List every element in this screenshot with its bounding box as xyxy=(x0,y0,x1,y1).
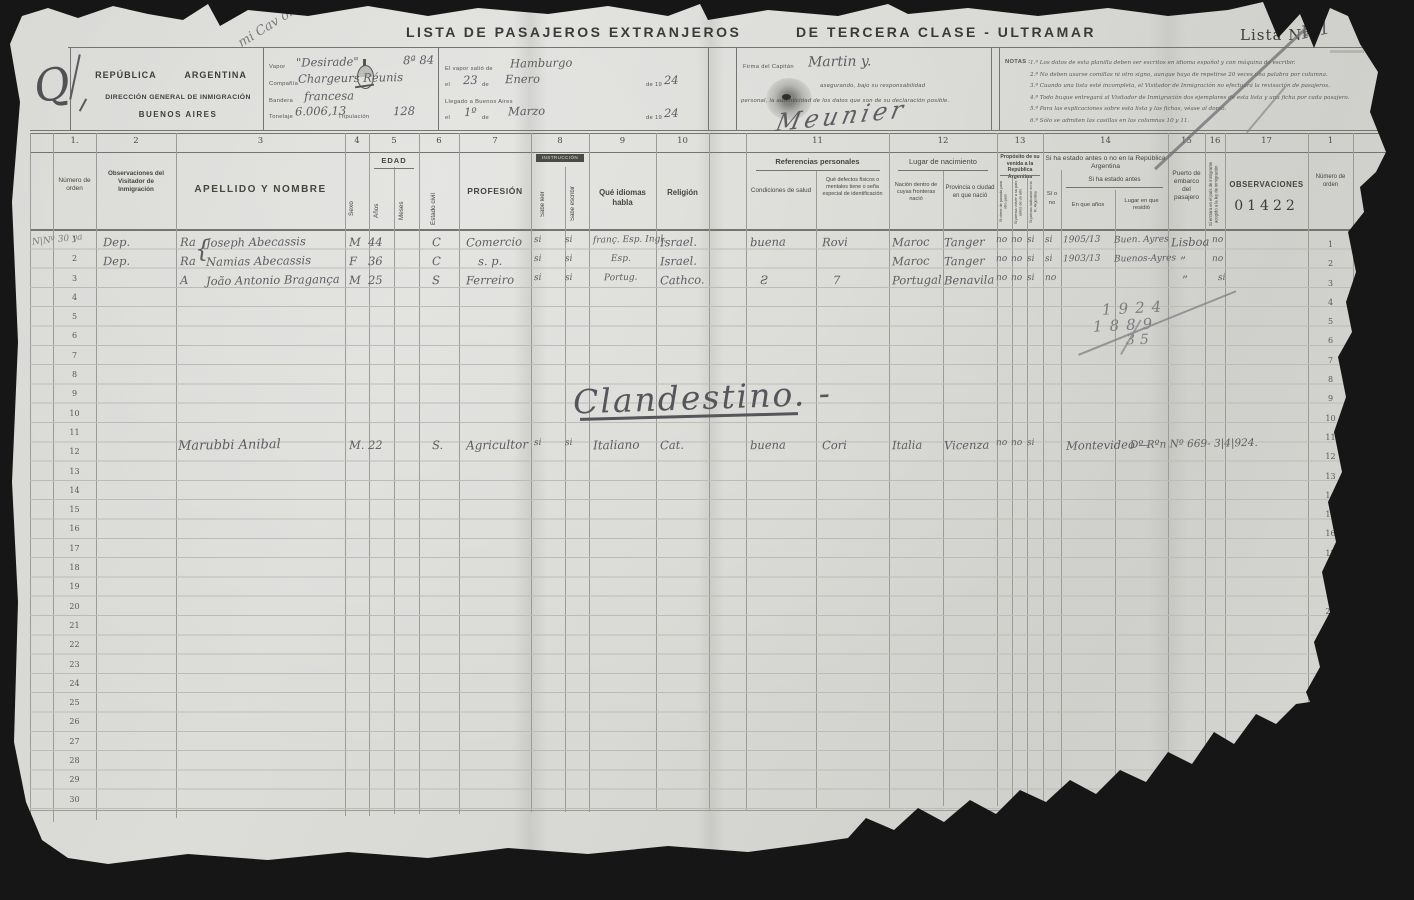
port-ditto-mark: ” xyxy=(1180,254,1186,268)
anio-llegada: 24 xyxy=(664,106,679,120)
been-before-value: no xyxy=(1045,273,1056,283)
name-prefix: Ra xyxy=(180,254,196,268)
dia-llegada: 1º xyxy=(464,105,477,119)
vapor-value: "Desirade" xyxy=(296,54,359,69)
purpose-2: no xyxy=(1011,438,1022,448)
bandera-value: francesa xyxy=(304,89,354,104)
org-name-left: REPÚBLICA xyxy=(95,70,157,80)
age-value: 25 xyxy=(368,273,383,287)
col-header-estado-antes: Si ha estado antes o no en la República … xyxy=(1043,155,1168,172)
purpose-2: no xyxy=(1011,235,1022,245)
bandera-label: Bandera xyxy=(269,98,293,104)
nation-value: Maroc xyxy=(892,235,930,250)
profession-value: Agricultor xyxy=(466,437,528,452)
ink-blot-center xyxy=(782,94,791,100)
civil-status-value: C xyxy=(432,254,441,268)
col-number-9: 9 xyxy=(589,136,656,146)
registry-stamp-number: 01422 xyxy=(1225,198,1308,216)
age-value: 36 xyxy=(368,254,383,268)
religion-value: Israel. xyxy=(660,235,697,250)
sex-value: M xyxy=(349,235,361,249)
col-number-10: 10 xyxy=(656,136,709,146)
law-value: si xyxy=(1218,273,1226,283)
col-number-1: 1. xyxy=(53,136,96,146)
col-header-proposito-sub1: Si viene de pasada para otro país xyxy=(999,179,1010,225)
languages-value: Italiano xyxy=(593,438,640,453)
mes-llegada: Marzo xyxy=(508,104,545,119)
passenger-row-entry: A João Antonio Bragança M 25 S Ferreiro … xyxy=(8,273,1400,292)
place-before-value: Buen. Ayres xyxy=(1114,235,1169,246)
languages-value: Esp. xyxy=(611,254,631,264)
visitador-note: Dep. xyxy=(103,254,130,268)
reads-value: si xyxy=(534,273,542,283)
mes-salida: Enero xyxy=(505,72,540,87)
writes-value: si xyxy=(565,273,573,283)
page-subtitle: DE TERCERA CLASE - ULTRAMAR xyxy=(796,24,1096,40)
years-before-value: 1903/13 xyxy=(1063,254,1101,265)
col-number-3: 3 xyxy=(176,136,345,146)
law-value: no xyxy=(1212,254,1223,264)
name-prefix: A xyxy=(180,273,189,287)
purpose-1: no xyxy=(996,438,1007,448)
province-value: Benavila xyxy=(944,273,994,288)
col-header-sexo: Sexo xyxy=(348,192,366,226)
de19-label: de 19 xyxy=(646,82,662,88)
col-header-idiomas: Qué idiomas habla xyxy=(589,188,656,207)
nation-value: Italia xyxy=(892,438,922,453)
profession-value: Ferreiro xyxy=(466,273,514,288)
col-header-puerto-embarco: Puerto de embarco del pasajero xyxy=(1169,170,1204,203)
left-order-numbers: 1234567891011121314151617181920212223242… xyxy=(53,230,96,809)
col-number-7: 7 xyxy=(459,136,531,146)
col-header-proposito-sub2: Si piensa volver a su país antes de un a… xyxy=(1014,179,1025,225)
sex-value: M xyxy=(349,273,361,287)
col-header-lugar-nacimiento: Lugar de nacimiento xyxy=(889,157,997,166)
vapor-label: Vapor xyxy=(269,64,286,70)
col-header-nacion: Nación dentro de cuyas fronteras nació xyxy=(891,182,941,203)
col-header-lugar-residio: Lugar en que residió xyxy=(1116,198,1167,212)
col-number-4: 4 xyxy=(345,136,369,146)
col-header-proposito-sub3: Si piensa radicarse en la R. Argentina xyxy=(1029,179,1040,225)
purpose-2: no xyxy=(1011,273,1022,283)
llegado-label: Llegado a Buenos Aires xyxy=(445,99,513,105)
province-value: Tanger xyxy=(944,254,985,269)
health-scribble: Ƨ xyxy=(760,273,768,287)
been-before-value: si xyxy=(1045,235,1053,245)
defects-scribble: 7 xyxy=(833,273,841,287)
col-header-profesion: PROFESIÓN xyxy=(459,186,531,197)
religion-value: Israel. xyxy=(660,254,697,269)
pencil-stroke xyxy=(79,98,87,111)
reads-value: si xyxy=(534,254,542,264)
purpose-3: si xyxy=(1027,235,1035,245)
tripulacion-label: Tripulación xyxy=(338,114,369,120)
right-order-numbers: 123456789101112131415161718192021222324 xyxy=(1308,235,1353,698)
col-number-14: 14 xyxy=(1043,136,1168,146)
reads-value: si xyxy=(534,235,542,245)
civil-status-value: S xyxy=(432,273,440,287)
profession-value: s. p. xyxy=(478,254,502,268)
purpose-3: si xyxy=(1027,438,1035,448)
org-direccion: DIRECCIÓN GENERAL DE INMIGRACIÓN xyxy=(98,94,258,101)
tripulacion-value: 128 xyxy=(393,104,415,118)
purpose-2: no xyxy=(1011,254,1022,264)
observaciones-value: Dº Rºn Nº 669- 3|4|924. xyxy=(1130,437,1258,451)
passenger-row-entry: N|Nº 30 ya Dep. Ra { Joseph Abecassis M … xyxy=(8,235,1400,254)
top-pencil-note: mi Cav ore xyxy=(235,0,304,51)
divider xyxy=(1330,50,1364,53)
firma-capitan-label: Firma del Capitán xyxy=(743,64,794,70)
col-header-apellido-nombre: APELLIDO Y NOMBRE xyxy=(176,184,345,197)
margin-scribble: N|Nº 30 ya xyxy=(32,232,83,247)
col-number-13: 13 xyxy=(997,136,1043,146)
defects-value: Rovi xyxy=(822,235,848,249)
col-header-anios: Años xyxy=(373,195,389,227)
religion-value: Cathco. xyxy=(660,273,705,288)
age-value: 44 xyxy=(368,235,383,249)
civil-status-value: C xyxy=(432,235,441,249)
col-header-si-o-no: Sí o no xyxy=(1044,190,1060,207)
col-number-5: 5 xyxy=(369,136,419,146)
port-value: Lisboa xyxy=(1171,235,1210,250)
salio-label: El vapor salió de xyxy=(445,66,493,72)
visitador-note: Dep. xyxy=(103,235,130,249)
de-label: de xyxy=(482,115,489,121)
col-number-11: 11 xyxy=(746,136,889,146)
col-header-instruccion: INSTRUCCIÓN xyxy=(536,154,584,162)
reads-value: si xyxy=(534,438,542,448)
passenger-row-entry: Dep. Ra Namias Abecassis F 36 C s. p. si… xyxy=(8,254,1400,273)
anio-salida: 24 xyxy=(664,73,679,87)
notas-label: NOTAS : xyxy=(1005,59,1031,65)
col-header-provincia: Provincia o ciudad en que nació xyxy=(945,185,995,200)
scanned-passenger-list-sheet: LISTA DE PASAJEROS EXTRANJEROS DE TERCER… xyxy=(8,2,1400,880)
nation-value: Maroc xyxy=(892,254,930,269)
passenger-name: Marubbi Anibal xyxy=(178,437,281,454)
been-before-value: si xyxy=(1045,254,1053,264)
col-header-observaciones-visitador: Observaciones del Visitador de Inmigraci… xyxy=(100,170,172,194)
col-number-6: 6 xyxy=(419,136,459,146)
page-title: LISTA DE PASAJEROS EXTRANJEROS xyxy=(406,24,741,40)
name-prefix: Ra xyxy=(180,235,196,249)
col-header-referencias: Referencias personales xyxy=(746,157,889,166)
province-value: Tanger xyxy=(944,235,985,250)
purpose-1: no xyxy=(996,273,1007,283)
col-header-condiciones-salud: Condiciones de salud xyxy=(748,187,814,195)
passenger-name: Namias Abecassis xyxy=(206,253,311,269)
purpose-1: no xyxy=(996,235,1007,245)
profession-value: Comercio xyxy=(466,235,522,250)
nation-value: Portugal xyxy=(892,273,942,288)
vapor-note: 8ª 84 xyxy=(403,53,434,68)
org-name: REPÚBLICA ARGENTINA xyxy=(86,70,256,80)
col-number-17: 17 xyxy=(1225,136,1308,146)
col-header-observaciones: OBSERVACIONES xyxy=(1225,180,1308,190)
law-value: no xyxy=(1212,235,1223,245)
tonelaje-label: Tonelaje xyxy=(269,114,293,120)
purpose-1: no xyxy=(996,254,1007,264)
col-header-sabe-leer: Sabe leer xyxy=(540,182,556,226)
age-value: 22 xyxy=(368,438,383,452)
writes-value: si xyxy=(565,235,573,245)
religion-value: Cat. xyxy=(660,438,684,452)
dia-salida: 23 xyxy=(463,73,478,87)
col-header-en-que-anios: En que años xyxy=(1062,202,1114,209)
col-header-estado-civil: Estado civil xyxy=(430,187,448,231)
col-header-defectos: Qué defectos físicos o mentales tiene o … xyxy=(818,177,887,197)
health-value: buena xyxy=(750,438,786,453)
place-before-value: Buenos-Ayres xyxy=(1114,253,1176,264)
col-header-proposito: Propósito de su venida a la República Ar… xyxy=(997,154,1043,180)
writes-value: si xyxy=(565,438,573,448)
defects-value: Cori xyxy=(822,438,847,452)
notas-list: 1.ª Los datos de esta planilla deben ser… xyxy=(1030,58,1360,128)
de19-label: de 19 xyxy=(646,115,662,121)
col-number-16: 16 xyxy=(1205,136,1225,146)
captain-name: Martin y. xyxy=(808,53,872,70)
org-name-right: ARGENTINA xyxy=(184,70,247,80)
margin-q-mark: Q xyxy=(30,57,74,113)
purpose-3: si xyxy=(1027,273,1035,283)
col-header-meses: Meses xyxy=(398,194,414,228)
col-number-8: 8 xyxy=(531,136,589,146)
civil-status-value: S. xyxy=(432,438,443,452)
el-label: el xyxy=(445,82,450,88)
salio-value: Hamburgo xyxy=(510,55,573,70)
captain-print-1: asegurando, bajo su responsabilidad xyxy=(820,83,925,89)
languages-value: franç. Esp. Ingl. xyxy=(593,234,666,245)
col-header-numero-orden: Número de orden xyxy=(55,177,94,193)
de-label: de xyxy=(482,82,489,88)
compania-label: Compañía xyxy=(269,81,298,87)
col-number-12: 12 xyxy=(889,136,997,146)
port-ditto-mark: ” xyxy=(1182,273,1188,287)
col-header-edad: EDAD xyxy=(369,156,419,165)
compania-value: Chargeurs Réunis xyxy=(298,70,403,86)
years-before-value: 1905/13 xyxy=(1063,235,1101,246)
col-number-1r: 1 xyxy=(1308,136,1353,146)
col-header-sabe-escribir: Sabe escribir xyxy=(570,178,585,228)
col-header-ley-inmigracion: Si entrara en el país de inmigrante acog… xyxy=(1208,162,1222,226)
passenger-name: Joseph Abecassis xyxy=(206,234,306,250)
purpose-3: si xyxy=(1027,254,1035,264)
province-value: Vicenza xyxy=(944,438,990,453)
sex-value: F xyxy=(349,254,357,268)
col-header-religion: Religión xyxy=(656,188,709,198)
org-city: BUENOS AIRES xyxy=(118,110,238,119)
passenger-row-entry: Marubbi Anibal M. 22 S. Agricultor si si… xyxy=(8,438,1400,457)
col-number-2: 2 xyxy=(96,136,176,146)
col-header-ha-estado-antes: Si ha estado antes xyxy=(1061,176,1168,184)
health-value: buena xyxy=(750,235,786,250)
col-header-numero-orden-right: Número de orden xyxy=(1310,174,1351,189)
languages-value: Portug. xyxy=(604,273,638,284)
passenger-name: João Antonio Bragança xyxy=(206,272,340,288)
sex-value: M. xyxy=(349,438,365,452)
writes-value: si xyxy=(565,254,573,264)
el-label: el xyxy=(445,115,450,121)
